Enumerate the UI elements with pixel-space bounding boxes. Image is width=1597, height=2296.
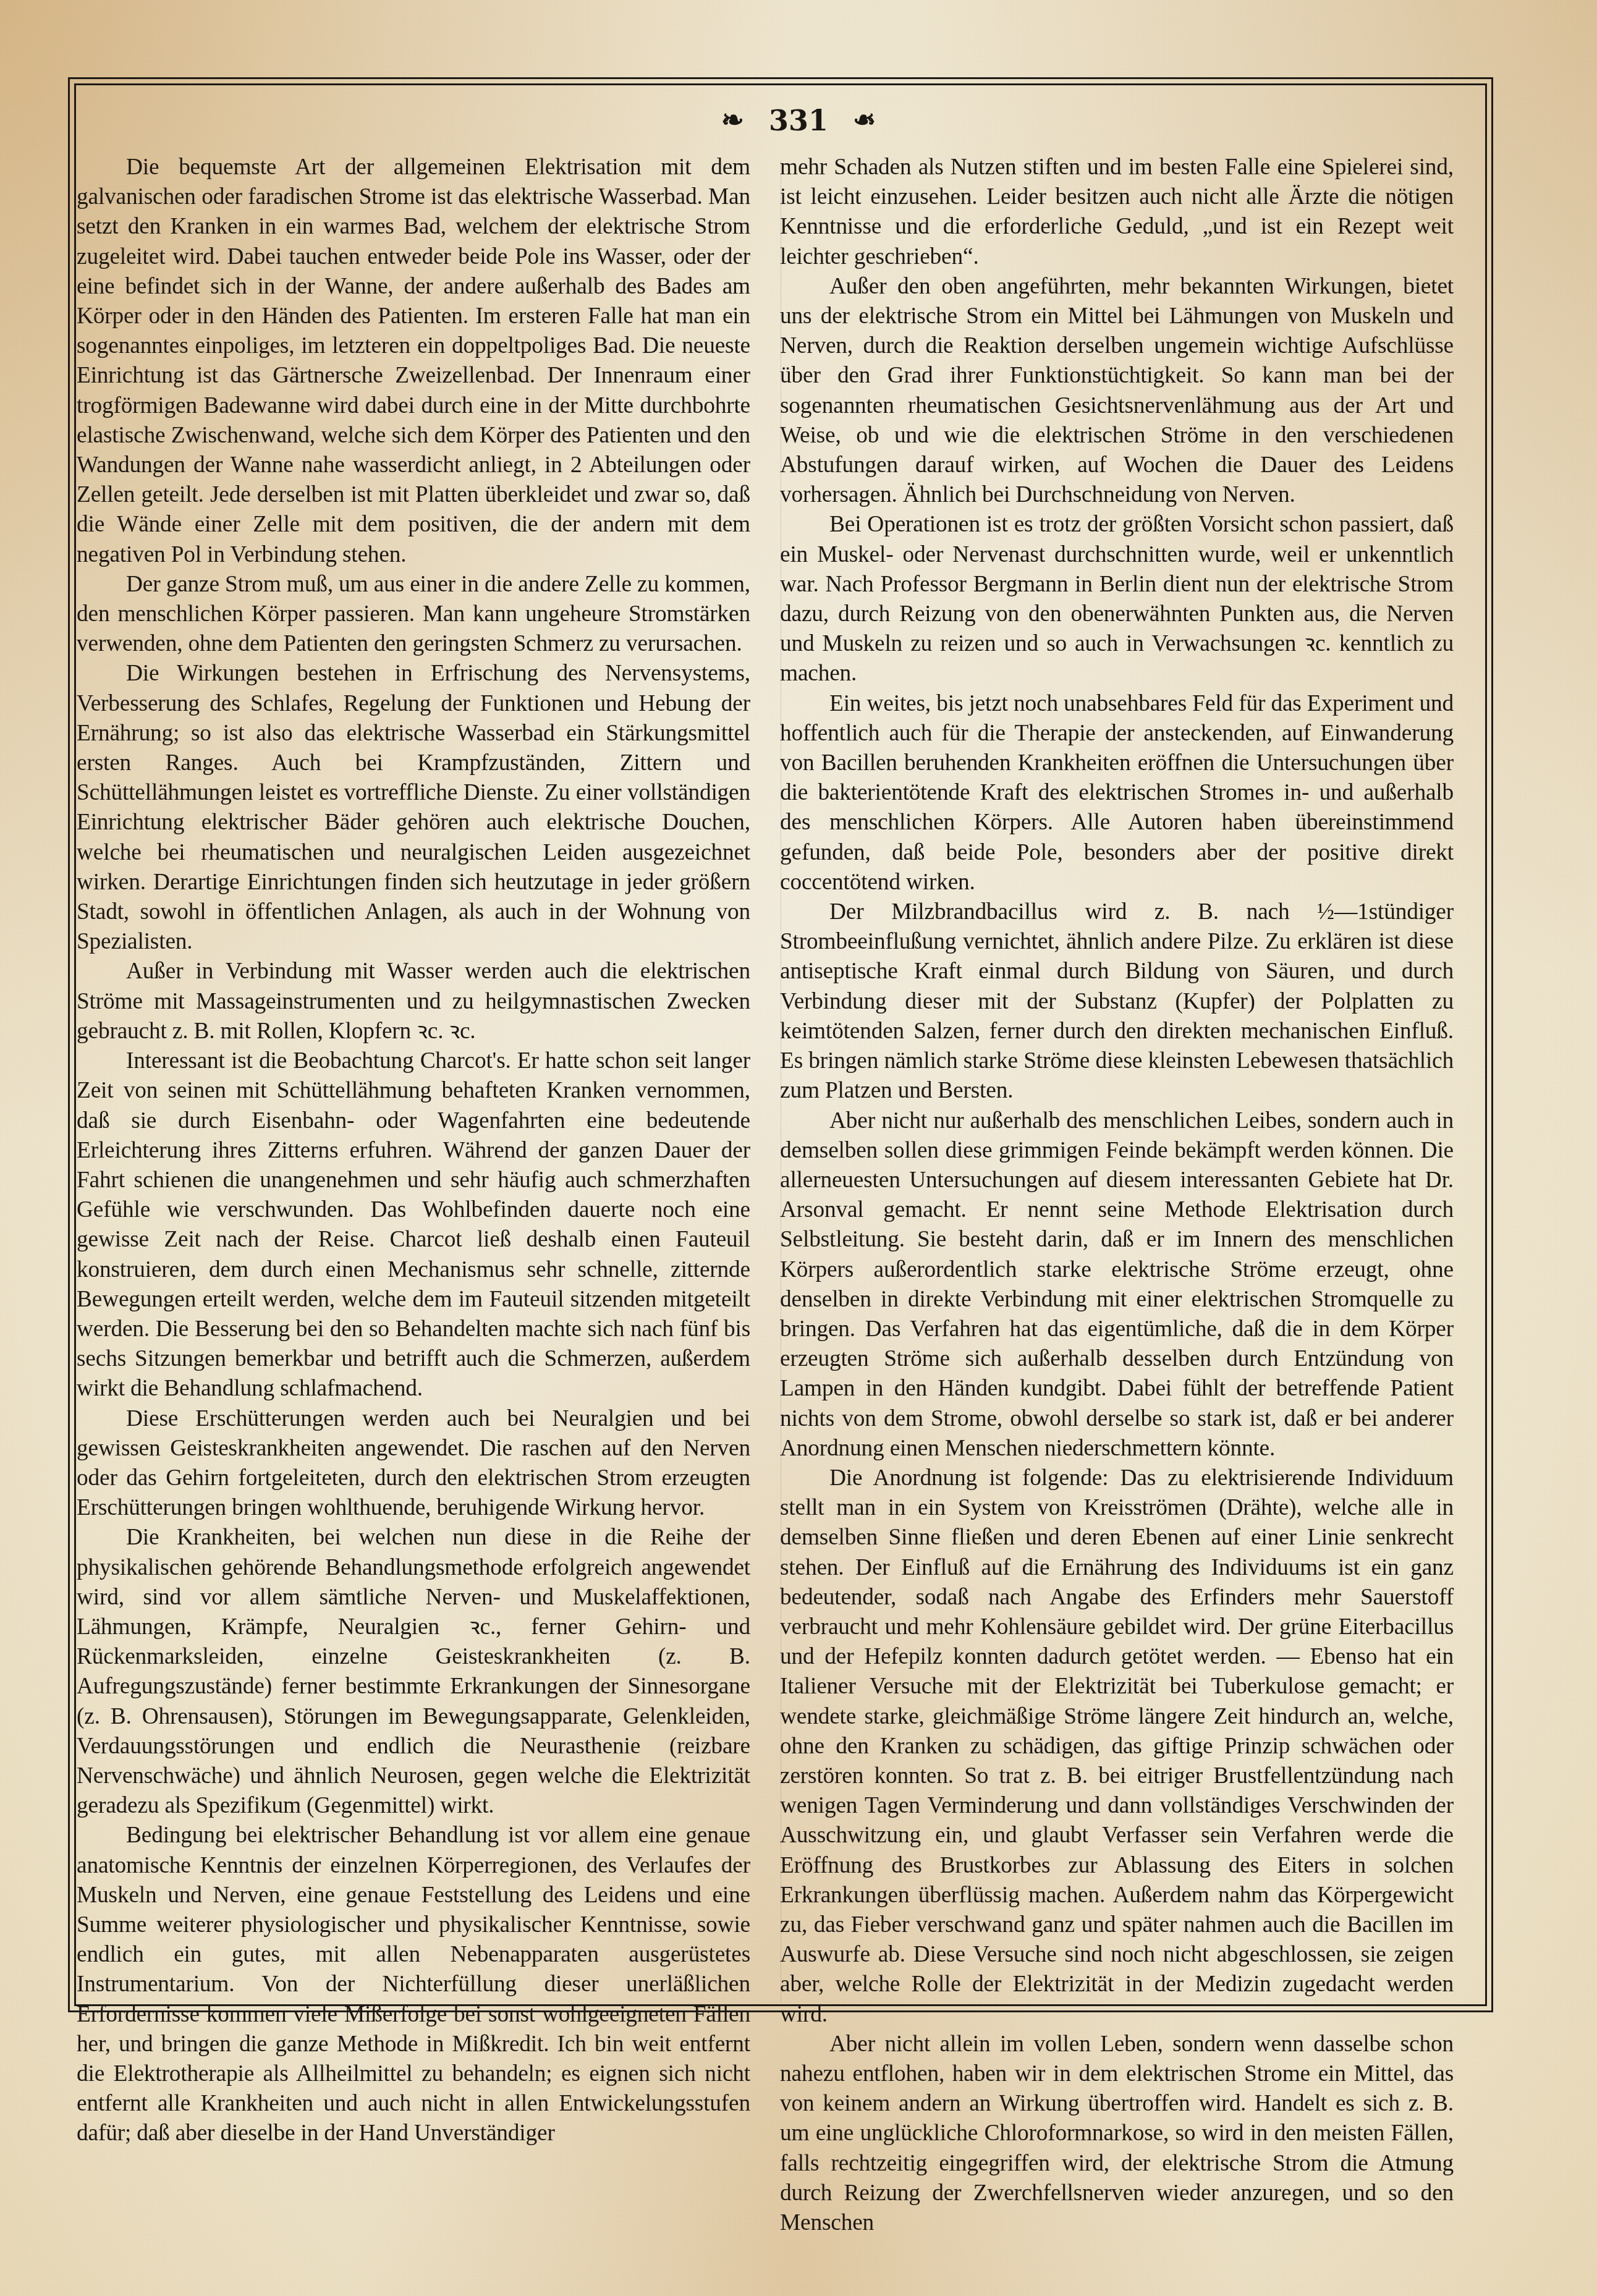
paragraph: Aber nicht allein im vollen Leben, sonde… xyxy=(780,2030,1454,2238)
page-header: ❧ 331 ❧ xyxy=(0,104,1597,137)
fleuron-left-icon: ❧ xyxy=(721,107,744,134)
page-number: 331 xyxy=(769,104,828,137)
column-right: mehr Schaden als Nutzen stiften und im b… xyxy=(780,153,1454,2238)
paragraph: Bedingung bei elektrischer Behandlung is… xyxy=(77,1821,750,2148)
paragraph: Ein weites, bis jetzt noch unabsehbares … xyxy=(780,689,1454,897)
paragraph-continued: mehr Schaden als Nutzen stiften und im b… xyxy=(780,153,1454,272)
column-left: Die bequemste Art der allgemeinen Elektr… xyxy=(77,153,750,2149)
paragraph: Diese Erschütterungen werden auch bei Ne… xyxy=(77,1404,750,1523)
paragraph: Bei Operationen ist es trotz der größten… xyxy=(780,510,1454,688)
paragraph: Die bequemste Art der allgemeinen Elektr… xyxy=(77,153,750,570)
paragraph: Interessant ist die Beobachtung Charcot'… xyxy=(77,1046,750,1404)
paragraph: Aber nicht nur außerhalb des menschliche… xyxy=(780,1106,1454,1464)
paragraph: Der ganze Strom muß, um aus einer in die… xyxy=(77,570,750,659)
paragraph: Außer den oben angeführten, mehr bekannt… xyxy=(780,272,1454,510)
paragraph: Außer in Verbindung mit Wasser werden au… xyxy=(77,957,750,1046)
paragraph: Der Milzbrandbacillus wird z. B. nach ½—… xyxy=(780,897,1454,1106)
paragraph: Die Anordnung ist folgende: Das zu elekt… xyxy=(780,1464,1454,2030)
paragraph: Die Krankheiten, bei welchen nun diese i… xyxy=(77,1523,750,1821)
fleuron-right-icon: ❧ xyxy=(853,107,876,134)
paragraph: Die Wirkungen bestehen in Erfrischung de… xyxy=(77,659,750,957)
